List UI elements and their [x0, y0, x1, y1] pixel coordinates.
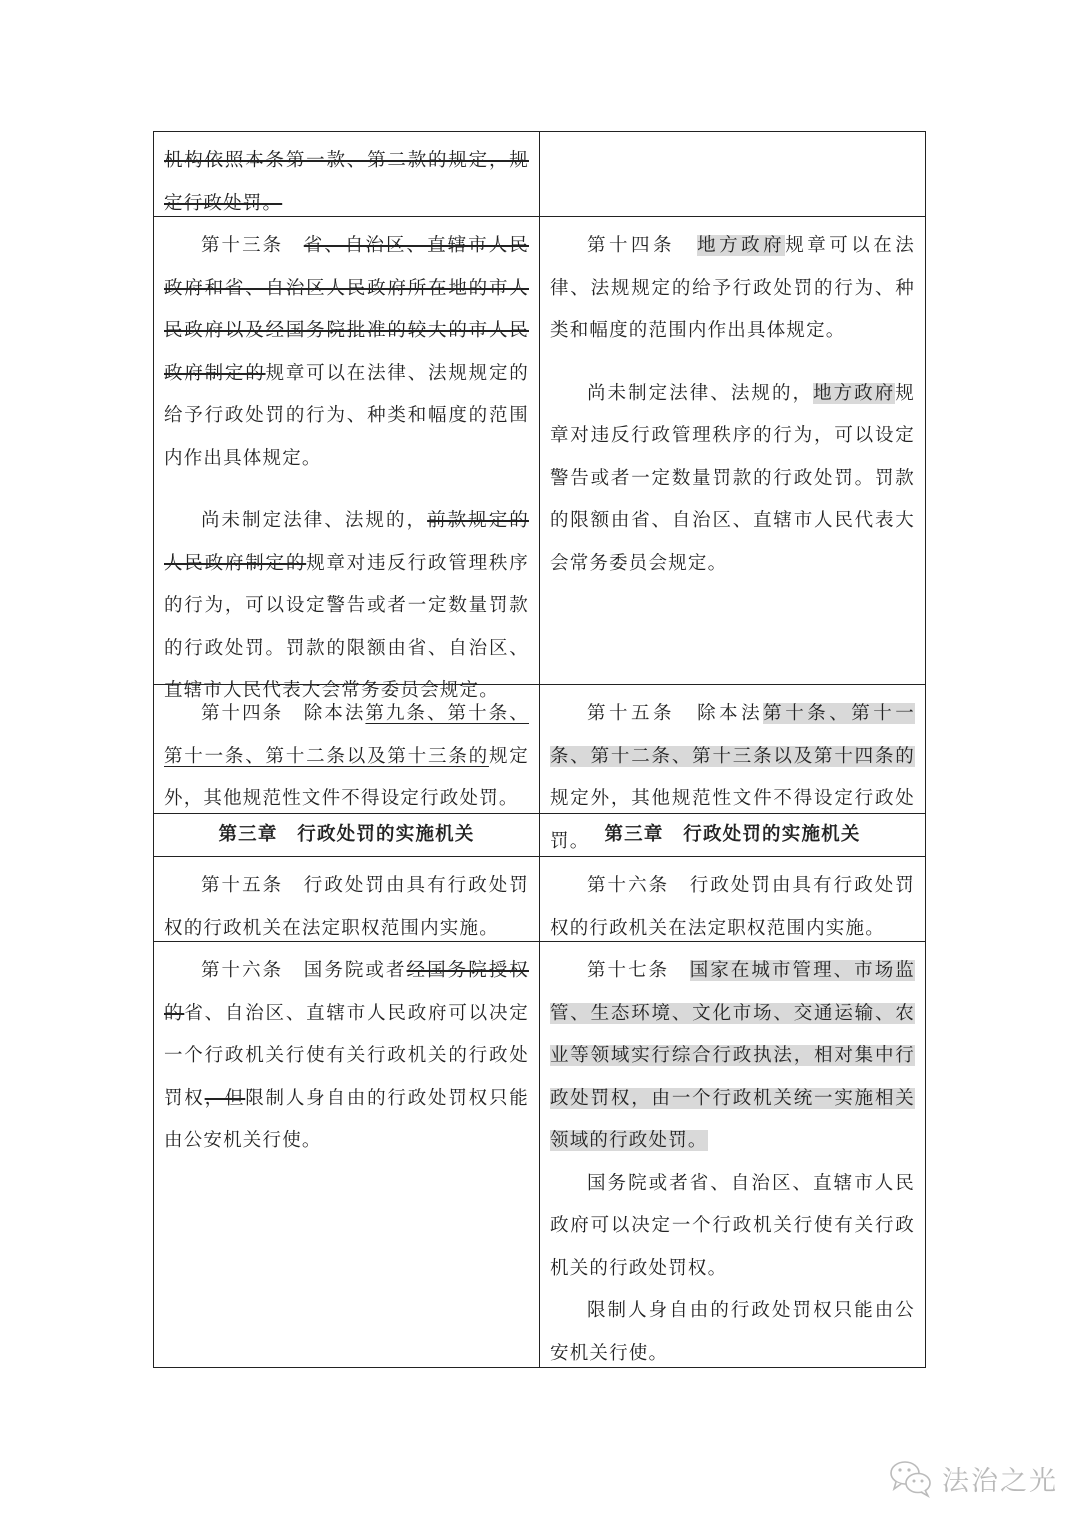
deleted-text: 机构依照本条第一款、第二款的规定，规定行政处罚。: [164, 150, 529, 214]
article-paragraph: 第十七条 国家在城市管理、市场监管、生态环境、文化市场、交通运输、农业等领域实行…: [550, 950, 915, 1163]
text: 第十四条: [587, 235, 697, 256]
text: 尚未制定法律、法规的，: [201, 510, 427, 531]
article-paragraph: 第十四条 除本法第九条、第十条、第十一条、第十二条以及第十三条的规定外，其他规范…: [164, 693, 529, 821]
text: 尚未制定法律、法规的，: [587, 383, 813, 404]
old-text-cell: 第十四条 除本法第九条、第十条、第十一条、第十二条以及第十三条的规定外，其他规范…: [154, 685, 540, 813]
text: 限制人身自由的行政处罚权只能由公安机关行使。: [550, 1300, 915, 1364]
text: 规章对违反行政管理秩序的行为，可以设定警告或者一定数量罚款的行政处罚。罚款的限额…: [164, 553, 529, 702]
text: 第十五条 行政处罚由具有行政处罚权的行政机关在法定职权范围内实施。: [164, 875, 529, 939]
table-row: 第十六条 国务院或者经国务院授权的省、自治区、直辖市人民政府可以决定一个行政机关…: [154, 942, 925, 1367]
chapter-heading-new: 第三章 行政处罚的实施机关: [540, 814, 925, 856]
highlighted-text: 地方政府: [697, 235, 785, 256]
deleted-text: ，但: [205, 1088, 246, 1109]
chapter-heading-old: 第三章 行政处罚的实施机关: [154, 814, 540, 856]
article-paragraph: 尚未制定法律、法规的，地方政府规章对违反行政管理秩序的行为，可以设定警告或者一定…: [550, 373, 915, 586]
article-paragraph: 限制人身自由的行政处罚权只能由公安机关行使。: [550, 1290, 915, 1375]
article-paragraph: 第十五条 行政处罚由具有行政处罚权的行政机关在法定职权范围内实施。: [164, 865, 529, 950]
new-text-cell: 第十七条 国家在城市管理、市场监管、生态环境、文化市场、交通运输、农业等领域实行…: [540, 942, 925, 1367]
old-text-cell: 机构依照本条第一款、第二款的规定，规定行政处罚。: [154, 132, 540, 216]
article-paragraph: 第十六条 国务院或者经国务院授权的省、自治区、直辖市人民政府可以决定一个行政机关…: [164, 950, 529, 1163]
text: 第十七条: [587, 960, 690, 981]
text: 第十六条 国务院或者: [201, 960, 407, 981]
watermark: 法治之光: [888, 1458, 1058, 1498]
paragraph-gap: [164, 480, 529, 500]
text: 规章对违反行政管理秩序的行为，可以设定警告或者一定数量罚款的行政处罚。罚款的限额…: [550, 383, 915, 574]
old-text-cell: 第十六条 国务院或者经国务院授权的省、自治区、直辖市人民政府可以决定一个行政机关…: [154, 942, 540, 1367]
new-text-cell: 第十六条 行政处罚由具有行政处罚权的行政机关在法定职权范围内实施。: [540, 857, 925, 941]
article-paragraph: 机构依照本条第一款、第二款的规定，规定行政处罚。: [164, 140, 529, 225]
table-row: 第十五条 行政处罚由具有行政处罚权的行政机关在法定职权范围内实施。 第十六条 行…: [154, 857, 925, 942]
text: 第十三条: [201, 235, 304, 256]
article-paragraph: 第十三条 省、自治区、直辖市人民政府和省、自治区人民政府所在地的市人民政府以及经…: [164, 225, 529, 480]
table-row: 第十四条 除本法第九条、第十条、第十一条、第十二条以及第十三条的规定外，其他规范…: [154, 685, 925, 814]
highlighted-text: 地方政府: [813, 383, 895, 404]
chapter-heading-row: 第三章 行政处罚的实施机关 第三章 行政处罚的实施机关: [154, 814, 925, 857]
article-paragraph: 第十四条 地方政府规章可以在法律、法规规定的给予行政处罚的行为、种类和幅度的范围…: [550, 225, 915, 353]
wechat-icon: [888, 1458, 936, 1498]
old-text-cell: 第十五条 行政处罚由具有行政处罚权的行政机关在法定职权范围内实施。: [154, 857, 540, 941]
old-text-cell: 第十三条 省、自治区、直辖市人民政府和省、自治区人民政府所在地的市人民政府以及经…: [154, 217, 540, 684]
deleted-text: 省、自治区、直辖市人民政府和省、自治区人民政府所在地的市人民政府以及经国务院批准…: [164, 235, 529, 384]
text: 第十五条 除本法: [587, 703, 763, 724]
new-text-cell: 第十四条 地方政府规章可以在法律、法规规定的给予行政处罚的行为、种类和幅度的范围…: [540, 217, 925, 684]
text: 第十六条 行政处罚由具有行政处罚权的行政机关在法定职权范围内实施。: [550, 875, 915, 939]
article-paragraph: 尚未制定法律、法规的，前款规定的人民政府制定的规章对违反行政管理秩序的行为，可以…: [164, 500, 529, 713]
paragraph-gap: [550, 353, 915, 373]
article-paragraph: 第十六条 行政处罚由具有行政处罚权的行政机关在法定职权范围内实施。: [550, 865, 915, 950]
new-text-cell: [540, 132, 925, 216]
table-row: 第十三条 省、自治区、直辖市人民政府和省、自治区人民政府所在地的市人民政府以及经…: [154, 217, 925, 685]
article-paragraph: 国务院或者省、自治区、直辖市人民政府可以决定一个行政机关行使有关行政机关的行政处…: [550, 1163, 915, 1291]
new-text-cell: 第十五条 除本法第十条、第十一条、第十二条、第十三条以及第十四条的规定外，其他规…: [540, 685, 925, 813]
account-name: 法治之光: [942, 1459, 1058, 1498]
comparison-table: 机构依照本条第一款、第二款的规定，规定行政处罚。 第十三条 省、自治区、直辖市人…: [153, 131, 926, 1368]
text: 第十四条 除本法: [201, 703, 365, 724]
table-row: 机构依照本条第一款、第二款的规定，规定行政处罚。: [154, 132, 925, 217]
highlighted-text: 国家在城市管理、市场监管、生态环境、文化市场、交通运输、农业等领域实行综合行政执…: [550, 960, 915, 1151]
text: 国务院或者省、自治区、直辖市人民政府可以决定一个行政机关行使有关行政机关的行政处…: [550, 1173, 915, 1279]
